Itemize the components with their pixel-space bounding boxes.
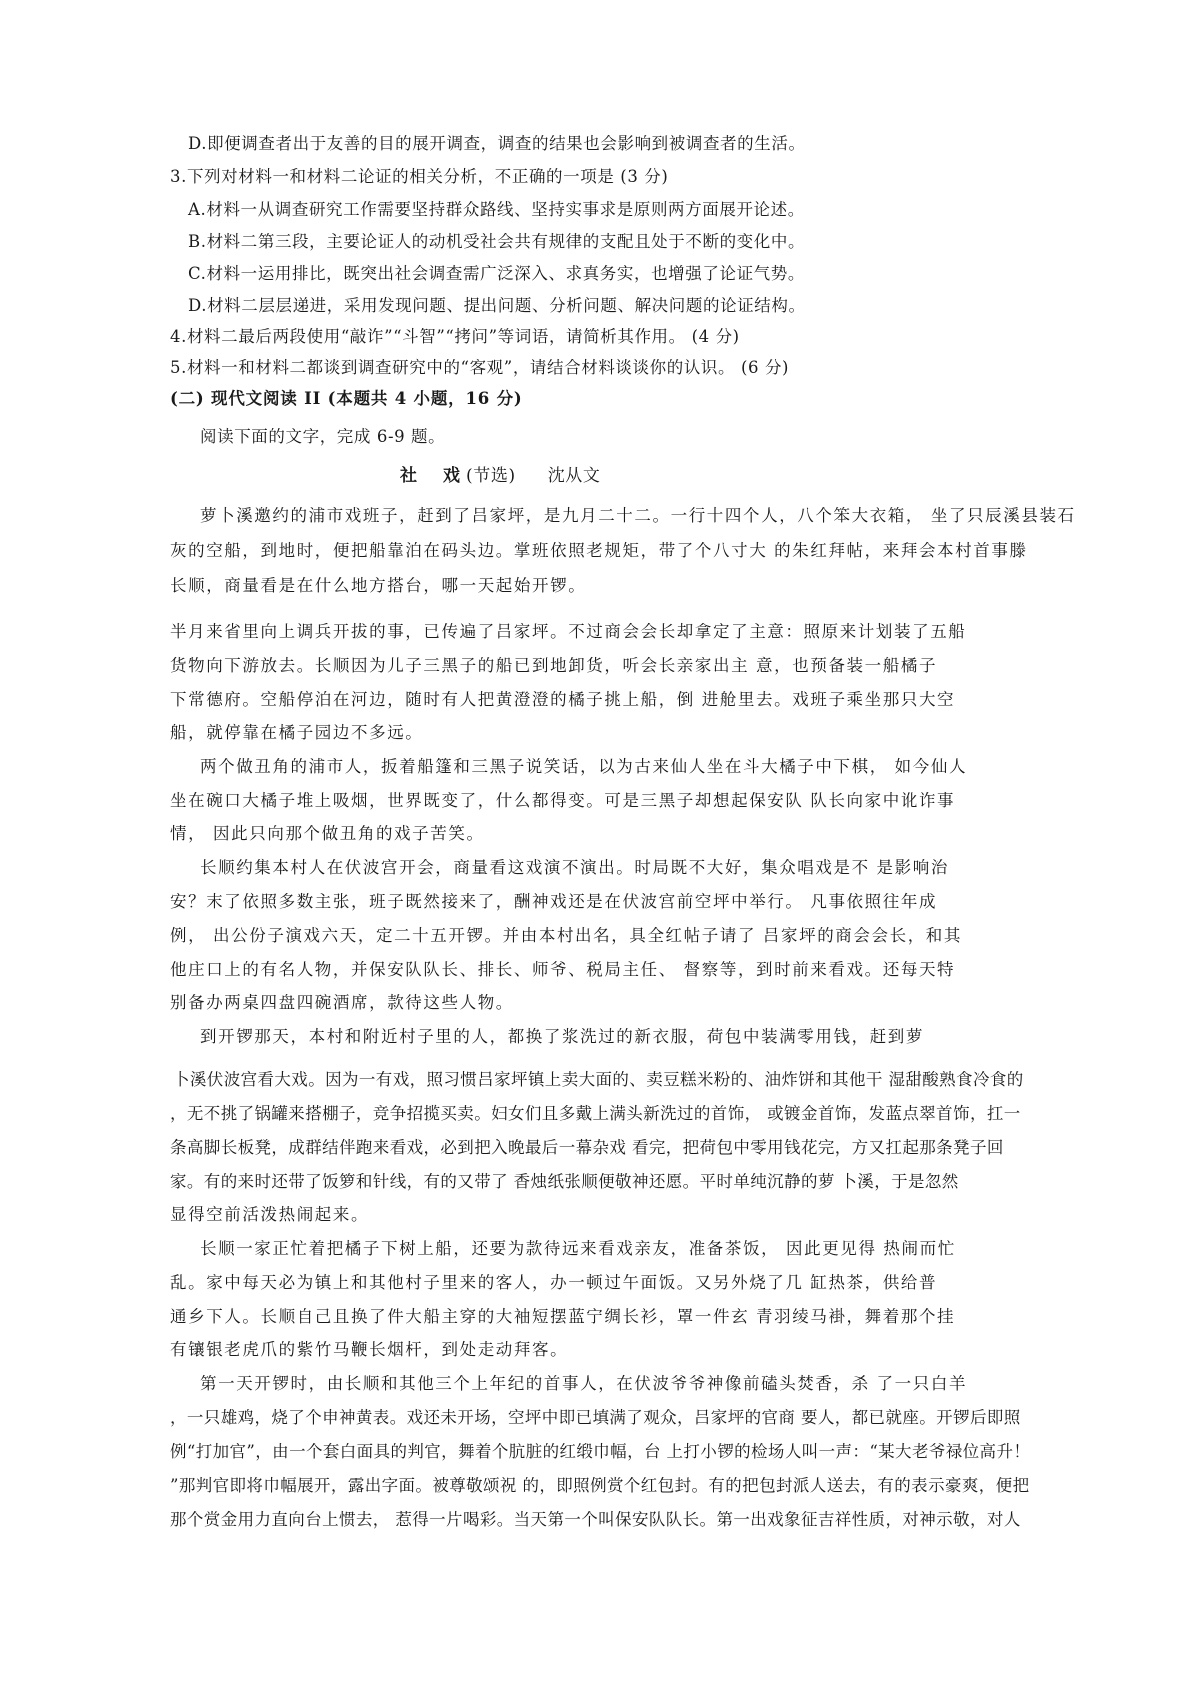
paragraph-line: 长顺一家正忙着把橘子下树上船，还要为款待远来看戏亲友，准备茶饭， 因此更见得 热… bbox=[200, 1238, 956, 1260]
paragraph-line: 长顺，商量看是在什么地方搭台，哪一天起始开锣。 bbox=[170, 575, 586, 597]
paragraph-line: 安？末了依照多数主张，班子既然接来了，酬神戏还是在伏波宫前空坪中举行。 凡事依照… bbox=[170, 891, 937, 913]
paragraph-line: ，无不挑了锅罐来搭棚子，竞争招揽买卖。妇女们且多戴上满头新洗过的首饰， 或镀金首… bbox=[170, 1103, 1021, 1125]
article-title: 社戏 (节选) 沈从文 bbox=[400, 465, 601, 487]
paragraph-line: 家。有的来时还带了饭箩和针线，有的又带了 香烛纸张顺便敬神还愿。平时单纯沉静的萝… bbox=[170, 1171, 959, 1193]
paragraph-line: 条高脚长板凳，成群结伴跑来看戏，必到把入晚最后一幕杂戏 看完，把荷包中零用钱花完… bbox=[170, 1137, 1004, 1159]
title-char-1: 社 bbox=[400, 466, 417, 486]
paragraph-line: 那个赏金用力直向台上惯去， 惹得一片喝彩。当天第一个叫保安队队长。第一出戏象征吉… bbox=[170, 1509, 1021, 1531]
q3-option-a: A.材料一从调查研究工作需要坚持群众路线、坚持实事求是原则两方面展开论述。 bbox=[188, 199, 805, 221]
paragraph-line: 显得空前活泼热闹起来。 bbox=[170, 1204, 369, 1226]
paragraph-line: 到开锣那天，本村和附近村子里的人，都换了浆洗过的新衣服，荷包中装满零用钱，赶到萝 bbox=[200, 1026, 924, 1048]
paragraph-line: 他庄口上的有名人物，并保安队队长、排长、师爷、税局主任、 督察等，到时前来看戏。… bbox=[170, 959, 955, 981]
q5-stem: 5.材料一和材料二都谈到调查研究中的“客观”，请结合材料谈谈你的认识。 (6 分… bbox=[170, 357, 789, 379]
title-char-2: 戏 bbox=[443, 466, 460, 486]
paragraph-line: 例“打加官”，由一个套白面具的判官，舞着个肮脏的红缎巾幅，台 上打小锣的检场人叫… bbox=[170, 1441, 1030, 1463]
section-instruction: 阅读下面的文字，完成 6-9 题。 bbox=[200, 426, 445, 448]
q4-stem: 4.材料二最后两段使用“敲诈”“斗智”“拷问”等词语，请简析其作用。 (4 分) bbox=[170, 326, 740, 348]
paragraph-line: 有镶银老虎爪的紫竹马鞭长烟杆，到处走动拜客。 bbox=[170, 1339, 568, 1361]
title-note: (节选) bbox=[466, 466, 516, 486]
article-author: 沈从文 bbox=[548, 466, 601, 486]
paragraph-line: 长顺约集本村人在伏波宫开会，商量看这戏演不演出。时局既不大好，集众唱戏是不 是影… bbox=[200, 857, 949, 879]
q3-option-b: B.材料二第三段，主要论证人的动机受社会共有规律的支配且处于不断的变化中。 bbox=[188, 231, 805, 253]
paragraph-line: 灰的空船，到地时，便把船靠泊在码头边。掌班依照老规矩，带了个八寸大 的朱红拜帖，… bbox=[170, 540, 1028, 562]
paragraph-line: 半月来省里向上调兵开拔的事，已传遍了吕家坪。不过商会会长却拿定了主意：照原来计划… bbox=[170, 621, 966, 643]
exam-page: D.即便调查者出于友善的目的展开调查，调查的结果也会影响到被调查者的生活。 3.… bbox=[0, 0, 1200, 1698]
paragraph-line: 例， 出公份子演戏六天，定二十五开锣。并由本村出名，具全红帖子请了 吕家坪的商会… bbox=[170, 925, 962, 947]
paragraph-line: 船，就停靠在橘子园边不多远。 bbox=[170, 722, 423, 744]
q3-stem: 3.下列对材料一和材料二论证的相关分析，不正确的一项是 (3 分) bbox=[170, 166, 668, 188]
paragraph-line: 情， 因此只向那个做丑角的戏子苦笑。 bbox=[170, 823, 485, 845]
paragraph-line: 乱。家中每天必为镇上和其他村子里来的客人，办一顿过午面饭。又另外烧了几 缸热茶，… bbox=[170, 1272, 937, 1294]
q2-option-d: D.即便调查者出于友善的目的展开调查，调查的结果也会影响到被调查者的生活。 bbox=[188, 133, 806, 155]
paragraph-line: 坐在碗口大橘子堆上吸烟，世界既变了，什么都得变。可是三黑子却想起保安队 队长向家… bbox=[170, 790, 955, 812]
paragraph-line: 货物向下游放去。长顺因为儿子三黑子的船已到地卸货，听会长亲家出主 意，也预备装一… bbox=[170, 655, 937, 677]
paragraph-line: 下常德府。空船停泊在河边，随时有人把黄澄澄的橘子挑上船，倒 进舱里去。戏班子乘坐… bbox=[170, 689, 955, 711]
q3-option-c: C.材料一运用排比，既突出社会调查需广泛深入、求真务实，也增强了论证气势。 bbox=[188, 263, 805, 285]
paragraph-line: ，一只雄鸡，烧了个申神黄表。戏还未开场，空坪中即已填满了观众，吕家坪的官商 要人… bbox=[170, 1407, 1021, 1429]
paragraph-line: 第一天开锣时，由长顺和其他三个上年纪的首事人，在伏波爷爷神像前磕头焚香，杀 了一… bbox=[200, 1373, 967, 1395]
paragraph-line: 通乡下人。长顺自己且换了件大船主穿的大袖短摆蓝宁绸长衫，罩一件玄 青羽绫马褂，舞… bbox=[170, 1306, 955, 1328]
paragraph-line: ”那判官即将巾幅展开，露出字面。被尊敬颂祝 的，即照例赏个红包封。有的把包封派人… bbox=[170, 1475, 1029, 1497]
paragraph-line: 卜溪伏波宫看大戏。因为一有戏，照习惯吕家坪镇上卖大面的、卖豆糕米粉的、油炸饼和其… bbox=[173, 1069, 1024, 1091]
paragraph-line: 别备办两桌四盘四碗酒席，款待这些人物。 bbox=[170, 992, 514, 1014]
paragraph-line: 两个做丑角的浦市人，扳着船篷和三黑子说笑话，以为古来仙人坐在斗大橘子中下棋， 如… bbox=[200, 756, 967, 778]
section-heading: (二) 现代文阅读 II (本题共 4 小题，16 分) bbox=[170, 388, 522, 410]
q3-option-d: D.材料二层层递进，采用发现问题、提出问题、分析问题、解决问题的论证结构。 bbox=[188, 295, 806, 317]
paragraph-line: 萝卜溪邀约的浦市戏班子，赶到了吕家坪，是九月二十二。一行十四个人，八个笨大衣箱，… bbox=[200, 505, 1076, 527]
